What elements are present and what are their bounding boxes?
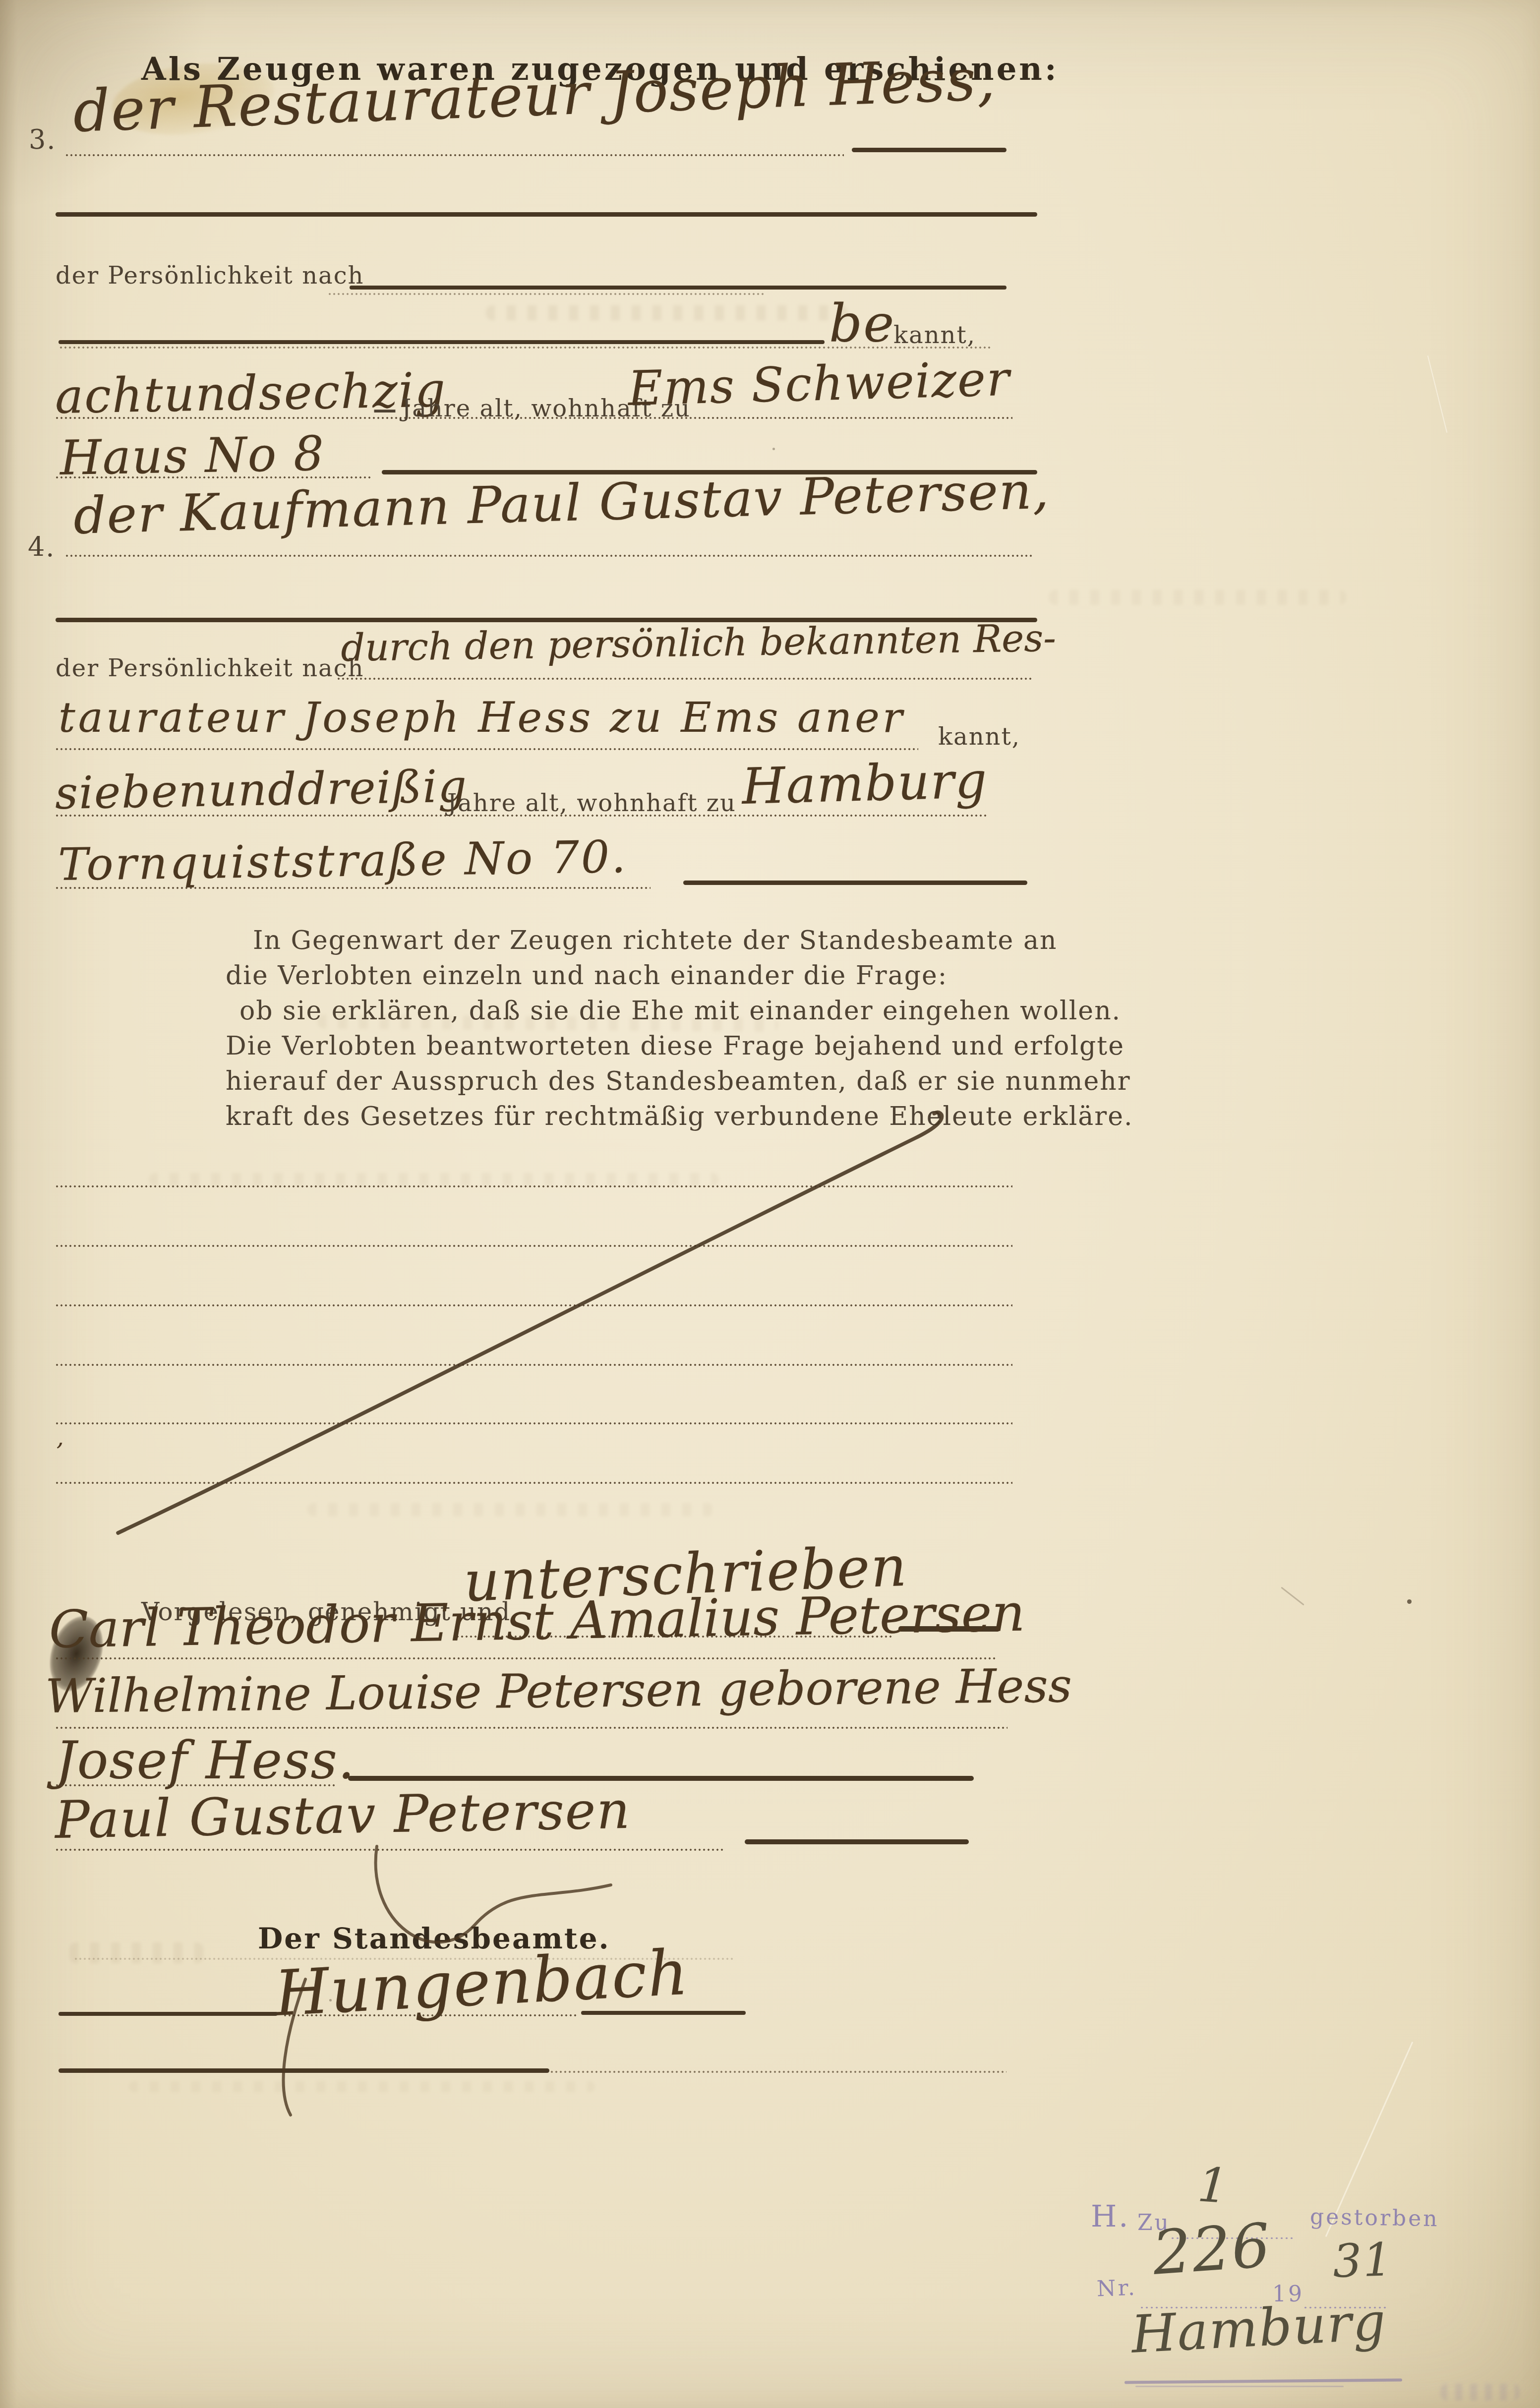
ink-speck [1407, 1599, 1412, 1604]
bleedthrough-text [1049, 590, 1346, 605]
stamp-city-underline [1125, 2379, 1402, 2384]
witness3-known-printed: kannt, [893, 321, 976, 349]
dotted-fill-line [56, 1848, 725, 1851]
dotted-fill-line [56, 476, 373, 479]
pen-dash-line [852, 148, 1007, 152]
ruled-line [581, 2011, 746, 2015]
declaration-line: die Verlobten einzeln und nach einander … [226, 958, 1133, 994]
blank-ruled-line [56, 212, 1037, 217]
pen-dash-line [683, 881, 1027, 885]
pen-dash-line [348, 1776, 974, 1781]
witness3-residence-handwriting: Ems Schweizer [627, 351, 1011, 416]
witness4-identity-label: der Persönlichkeit nach [56, 654, 364, 682]
ruled-line [350, 286, 1007, 290]
witness4-street-handwriting: Tornquiststraße No 70. [58, 831, 628, 891]
pencil-tick [1281, 1586, 1304, 1605]
unused-dotted-line [56, 1363, 1012, 1366]
dotted-fill-line [65, 554, 1032, 557]
dotted-fill-line [56, 416, 1012, 419]
dotted-fill-line [56, 1657, 998, 1660]
signature-witness3: Josef Hess. [56, 1730, 355, 1791]
witness4-identity-handwriting-line1: durch den persönlich bekannten Res- [341, 616, 1057, 670]
stamp-nr-label: Nr. [1096, 2275, 1137, 2302]
stamp-nr-value-pencil: 226 [1150, 2210, 1273, 2289]
dotted-fill-line [337, 677, 1031, 680]
bottom-ruled-line [59, 2068, 549, 2073]
declaration-line: kraft des Gesetzes für rechtmäßig verbun… [226, 1099, 1133, 1134]
dotted-fill-line [328, 293, 765, 295]
dotted-fill-line [56, 814, 988, 817]
witness3-index: 3. [29, 124, 57, 155]
declaration-line: Die Verlobten beantworteten diese Frage … [226, 1029, 1133, 1064]
stamp-gestorben-label: gestorben [1310, 2204, 1439, 2232]
declaration-line: hierauf der Ausspruch des Standesbeamten… [226, 1064, 1133, 1099]
witness3-known-handwriting: be [829, 294, 895, 354]
declaration-line: ob sie erklären, daß sie die Ehe mit ein… [226, 994, 1133, 1029]
bleedthrough-text [307, 1503, 714, 1516]
unused-dotted-line [56, 1244, 1012, 1247]
unused-dotted-line [56, 1304, 1012, 1307]
stamp-city-underline2 [1135, 2386, 1344, 2387]
bleedthrough-text [486, 305, 848, 320]
declaration-paragraph: In Gegenwart der Zeugen richtete der Sta… [226, 923, 1133, 1134]
scanned-registry-page: Als Zeugen waren zugezogen und erschiene… [0, 0, 1540, 2408]
witness4-residence-handwriting: Hamburg [741, 751, 989, 816]
bleedthrough-text [149, 1173, 719, 1186]
dotted-fill-line [56, 886, 651, 889]
bleedthrough-stamp [1440, 2384, 1520, 2401]
witness4-age-label: Jahre alt, wohnhaft zu [447, 789, 736, 817]
paper-scratch [1427, 355, 1448, 433]
stray-ink-mark: , [57, 1424, 65, 1451]
stamp-h-label: H. [1091, 2199, 1130, 2234]
witness4-age-handwriting: siebenunddreißig [55, 760, 468, 820]
declaration-line: In Gegenwart der Zeugen richtete der Sta… [226, 923, 1133, 958]
unused-dotted-line [56, 1422, 1012, 1425]
dotted-fill-line [56, 748, 918, 751]
unused-dotted-line [56, 1185, 1012, 1188]
bottom-dotted-line [550, 2070, 1007, 2073]
dotted-fill-line [284, 2014, 577, 2017]
bleedthrough-text [129, 2081, 595, 2092]
witness4-identity-handwriting-line2: taurateur Joseph Hess zu Ems aner [59, 693, 905, 742]
signature-witness4: Paul Gustav Petersen [55, 1780, 631, 1850]
ruled-line [59, 340, 825, 344]
signature-bride: Wilhelmine Louise Petersen geborene Hess [45, 1659, 1072, 1724]
witness4-index: 4. [28, 531, 56, 563]
ink-speck [772, 448, 775, 450]
witness4-known-printed: kannt, [938, 723, 1020, 751]
dotted-fill-line [65, 154, 844, 157]
unused-dotted-line [56, 1481, 1012, 1484]
signature-groom: Carl Theodor Ernst Amalius Petersen [49, 1583, 1025, 1660]
stamp-year-value-pencil: 31 [1332, 2233, 1394, 2288]
witness3-identity-label: der Persönlichkeit nach [56, 262, 364, 290]
pen-dash-line [745, 1839, 969, 1844]
ruled-line [59, 2012, 278, 2016]
dotted-fill-line [56, 1726, 1007, 1729]
stamp-city-pencil: Hamburg [1130, 2291, 1388, 2365]
stamp-zu-value-pencil: 1 [1196, 2157, 1231, 2214]
